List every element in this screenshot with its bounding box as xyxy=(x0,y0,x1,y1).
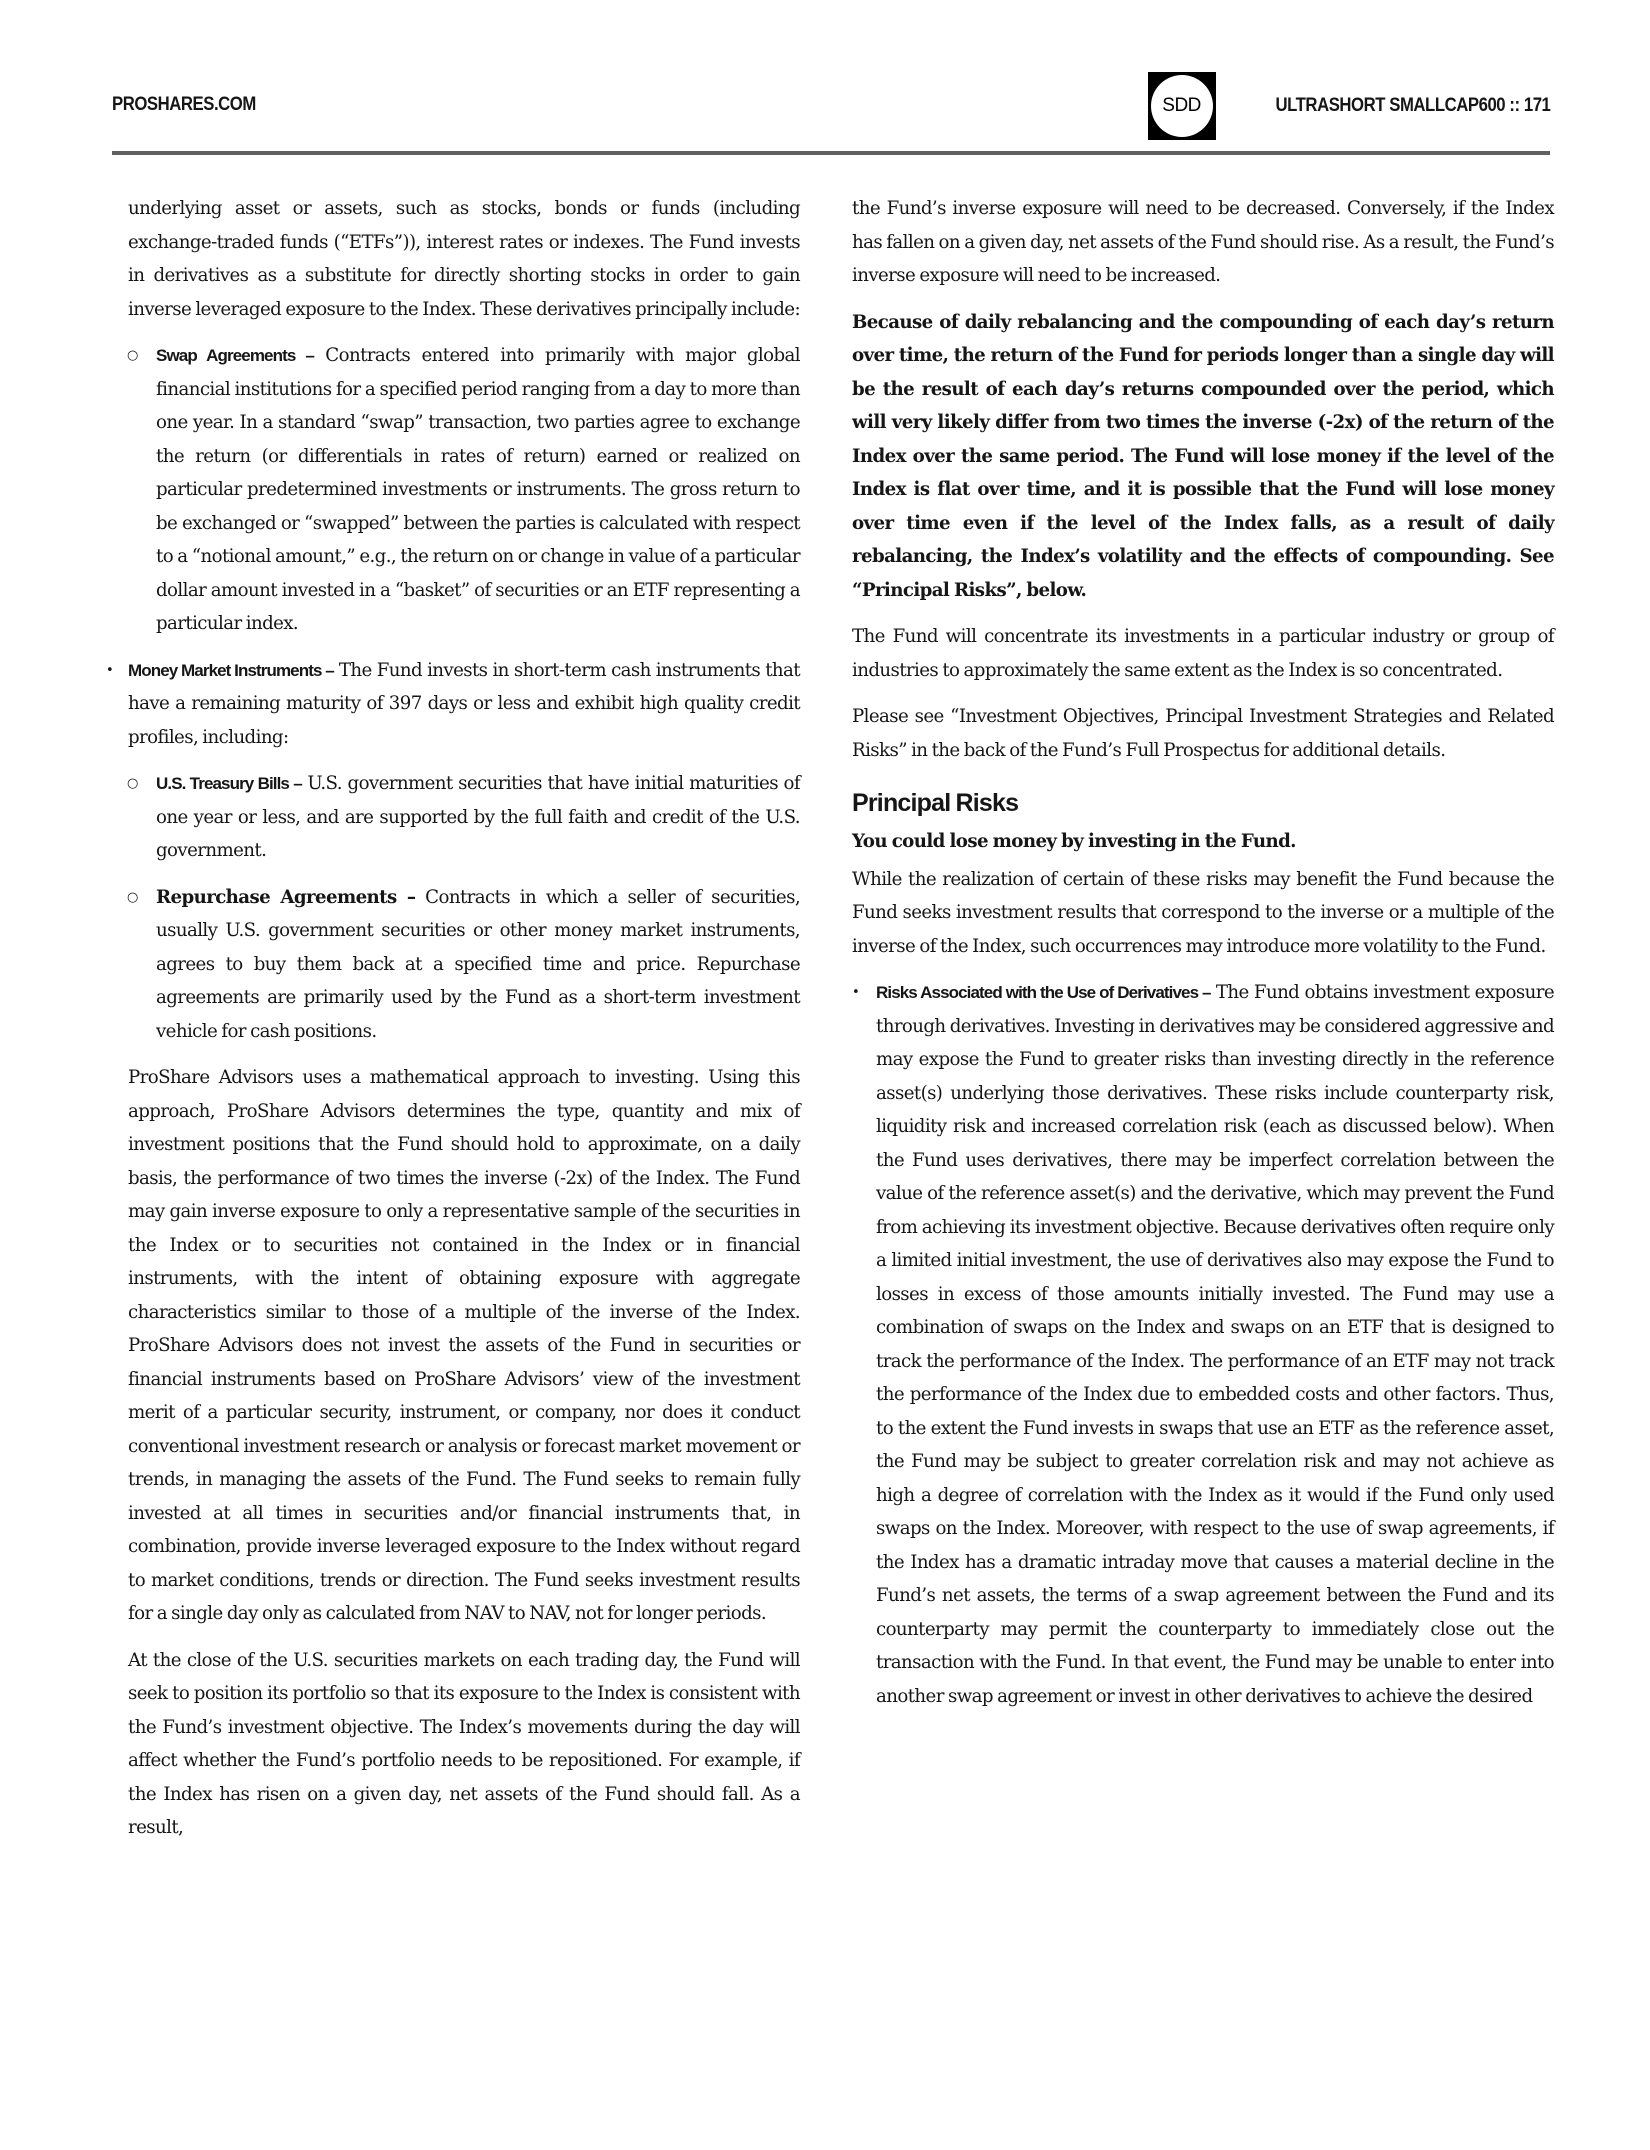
list-item-repurchase-agreements: ○ Repurchase Agreements – Contracts in w… xyxy=(128,881,800,1049)
item-lead: Swap Agreements – xyxy=(156,346,314,365)
site-name: PROSHARES.COM xyxy=(112,94,256,116)
item-lead: Risks Associated with the Use of Derivat… xyxy=(876,983,1211,1002)
page-number: 171 xyxy=(1523,95,1550,116)
approach-paragraph: ProShare Advisors uses a mathematical ap… xyxy=(128,1061,800,1631)
market-close-paragraph: At the close of the U.S. securities mark… xyxy=(128,1644,800,1845)
list-item-swap-agreements: ○ Swap Agreements – Contracts entered in… xyxy=(128,339,800,641)
hollow-bullet-icon: ○ xyxy=(127,339,138,373)
ticker-badge-text: SDD xyxy=(1151,75,1213,137)
header-right: SDD ULTRASHORT SMALLCAP600 :: 171 xyxy=(1148,72,1550,140)
item-lead: Repurchase Agreements – xyxy=(156,887,415,908)
item-text: Contracts entered into primarily with ma… xyxy=(156,345,800,634)
item-lead: Money Market Instruments – xyxy=(128,661,334,680)
item-lead: U.S. Treasury Bills – xyxy=(156,774,302,793)
fund-page-title: ULTRASHORT SMALLCAP600 :: 171 xyxy=(1275,95,1550,117)
page-header: PROSHARES.COM SDD ULTRASHORT SMALLCAP600… xyxy=(112,72,1550,152)
filled-bullet-icon: • xyxy=(852,976,859,1010)
header-rule xyxy=(112,151,1550,155)
list-item-treasury-bills: ○ U.S. Treasury Bills – U.S. government … xyxy=(128,767,800,868)
section-heading-principal-risks: Principal Risks xyxy=(852,785,1554,821)
title-separator: :: xyxy=(1509,95,1519,116)
hollow-bullet-icon: ○ xyxy=(127,881,138,915)
concentration-paragraph: The Fund will concentrate its investment… xyxy=(852,620,1554,687)
continuation-paragraph: the Fund’s inverse exposure will need to… xyxy=(852,192,1554,293)
lose-money-statement: You could lose money by investing in the… xyxy=(852,825,1554,859)
right-column: the Fund’s inverse exposure will need to… xyxy=(852,192,1554,1726)
ticker-badge: SDD xyxy=(1148,72,1216,140)
compounding-warning: Because of daily rebalancing and the com… xyxy=(852,306,1554,608)
intro-paragraph: underlying asset or assets, such as stoc… xyxy=(128,192,800,326)
list-item-money-market: • Money Market Instruments – The Fund in… xyxy=(128,654,800,755)
risks-intro-paragraph: While the realization of certain of thes… xyxy=(852,863,1554,964)
item-text: The Fund obtains investment exposure thr… xyxy=(876,982,1554,1707)
fund-title: ULTRASHORT SMALLCAP600 xyxy=(1275,95,1505,116)
list-item-derivatives-risk: • Risks Associated with the Use of Deriv… xyxy=(852,976,1554,1713)
see-prospectus-paragraph: Please see “Investment Objectives, Princ… xyxy=(852,700,1554,767)
item-text: Contracts in which a seller of securitie… xyxy=(156,887,800,1042)
filled-bullet-icon: • xyxy=(106,654,113,688)
left-column: underlying asset or assets, such as stoc… xyxy=(128,192,800,1858)
hollow-bullet-icon: ○ xyxy=(127,767,138,801)
